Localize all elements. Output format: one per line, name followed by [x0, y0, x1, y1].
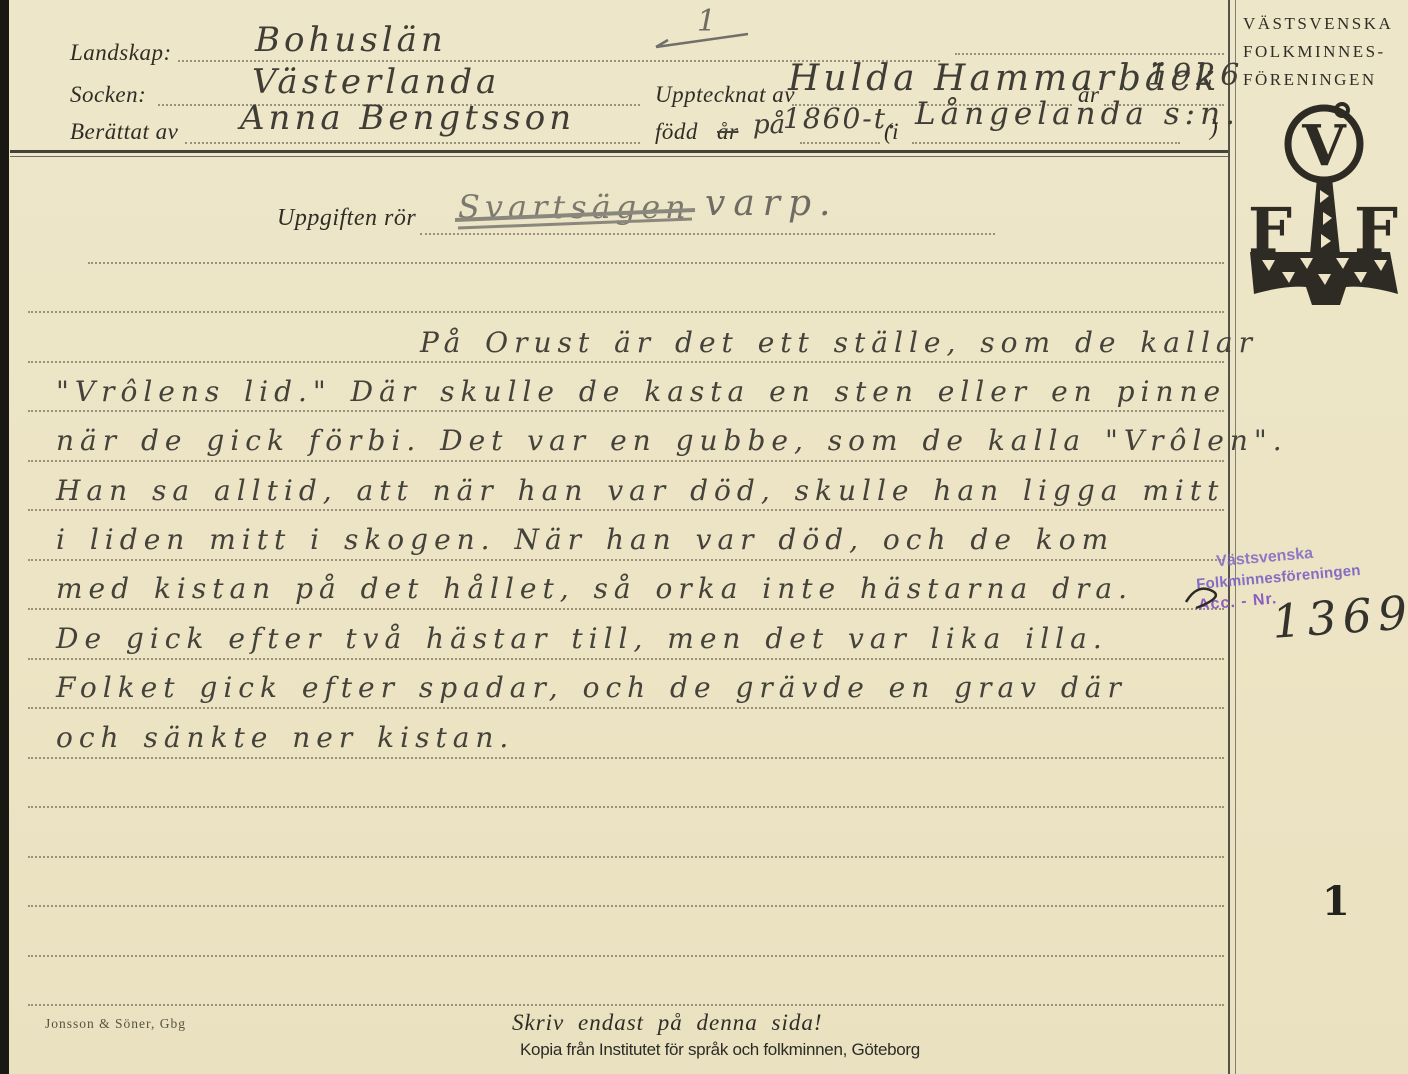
- birthplace-field-line: [912, 142, 1180, 144]
- uppgiften-value: varp.: [705, 183, 839, 224]
- paren-open: (i: [884, 119, 899, 145]
- top-right-field-line: [955, 53, 1224, 55]
- socken-value: Västerlanda: [252, 62, 500, 102]
- header-rule-thick: [10, 150, 1228, 153]
- paren-close: ): [1210, 115, 1218, 141]
- body-line: Han sa alltid, att när han var död, skul…: [56, 474, 1224, 507]
- ruled-line: [28, 361, 1224, 363]
- pencil-page-mark: 1: [697, 4, 716, 39]
- berattat-label: Berättat av: [70, 119, 178, 145]
- fodd-inserted-pa: på: [753, 110, 785, 140]
- ruled-line: [28, 311, 1224, 313]
- body-line: och sänkte ner kistan.: [56, 721, 514, 754]
- ruled-line: [28, 559, 1224, 561]
- logo-title-line1: VÄSTSVENSKA: [1243, 10, 1393, 38]
- uppgiften-field-line: [420, 233, 995, 235]
- ruled-line: [28, 410, 1224, 412]
- socken-label: Socken:: [70, 82, 146, 108]
- uppgiften-struck-value: Svartsägen: [458, 188, 691, 226]
- body-line: med kistan på det hållet, så orka inte h…: [56, 572, 1133, 605]
- ruled-line: [28, 955, 1224, 957]
- ruled-line: [28, 806, 1224, 808]
- ruled-line: [28, 658, 1224, 660]
- ruled-line: [28, 608, 1224, 610]
- write-only-instruction: Skriv endast på denna sida!: [512, 1010, 823, 1036]
- ruled-line: [28, 460, 1224, 462]
- body-line: i liden mitt i skogen. När han var död, …: [56, 523, 1114, 556]
- printer-mark: Jonsson & Söner, Gbg: [45, 1016, 186, 1032]
- birthplace-value: Långelanda s:n.: [915, 96, 1240, 132]
- body-line: Folket gick efter spadar, och de grävde …: [56, 671, 1127, 704]
- berattat-value: Anna Bengtsson: [240, 98, 575, 138]
- ruled-line-short: [88, 262, 1224, 264]
- logo-title-line2: FOLKMINNES-: [1243, 38, 1386, 66]
- body-line: när de gick förbi. Det var en gubbe, som…: [56, 424, 1288, 457]
- body-line: På Orust är det ett ställe, som de kalla…: [420, 326, 1258, 359]
- document-scan: 1 Landskap: Bohuslän Socken: Västerlanda…: [0, 0, 1408, 1074]
- upptecknat-label: Upptecknat av: [655, 82, 795, 108]
- header-rule-thin: [10, 156, 1228, 157]
- landskap-value: Bohuslän: [255, 20, 447, 60]
- ruled-line: [28, 856, 1224, 858]
- ruled-line: [28, 509, 1224, 511]
- accession-number: 1369: [1270, 585, 1408, 649]
- thors-hammer-logo: V F F: [1238, 90, 1402, 312]
- fodd-field-line: [800, 142, 880, 144]
- margin-separator-line: [1228, 0, 1230, 1074]
- ar-value: 1926: [1148, 58, 1244, 93]
- fodd-value: 1860-t.: [783, 102, 898, 135]
- landskap-label: Landskap:: [70, 40, 172, 66]
- fodd-ar-struck: år: [717, 119, 738, 145]
- berattat-field-line: [185, 142, 640, 144]
- uppgiften-label: Uppgiften rör: [277, 205, 416, 232]
- ruled-line: [28, 757, 1224, 759]
- logo-v-letter: V: [1301, 113, 1347, 179]
- ruled-line: [28, 905, 1224, 907]
- fodd-label: född: [655, 119, 698, 145]
- archive-copy-note: Kopia från Institutet för språk och folk…: [520, 1040, 920, 1060]
- body-line: "Vrôlens lid." Där skulle de kasta en st…: [56, 375, 1226, 408]
- body-line: De gick efter två hästar till, men det v…: [56, 622, 1108, 655]
- page-number-stamp: 1: [1322, 878, 1350, 925]
- margin-separator-line-2: [1235, 0, 1236, 1074]
- ruled-line: [28, 1004, 1224, 1006]
- scan-left-edge: [0, 0, 9, 1074]
- ruled-line: [28, 707, 1224, 709]
